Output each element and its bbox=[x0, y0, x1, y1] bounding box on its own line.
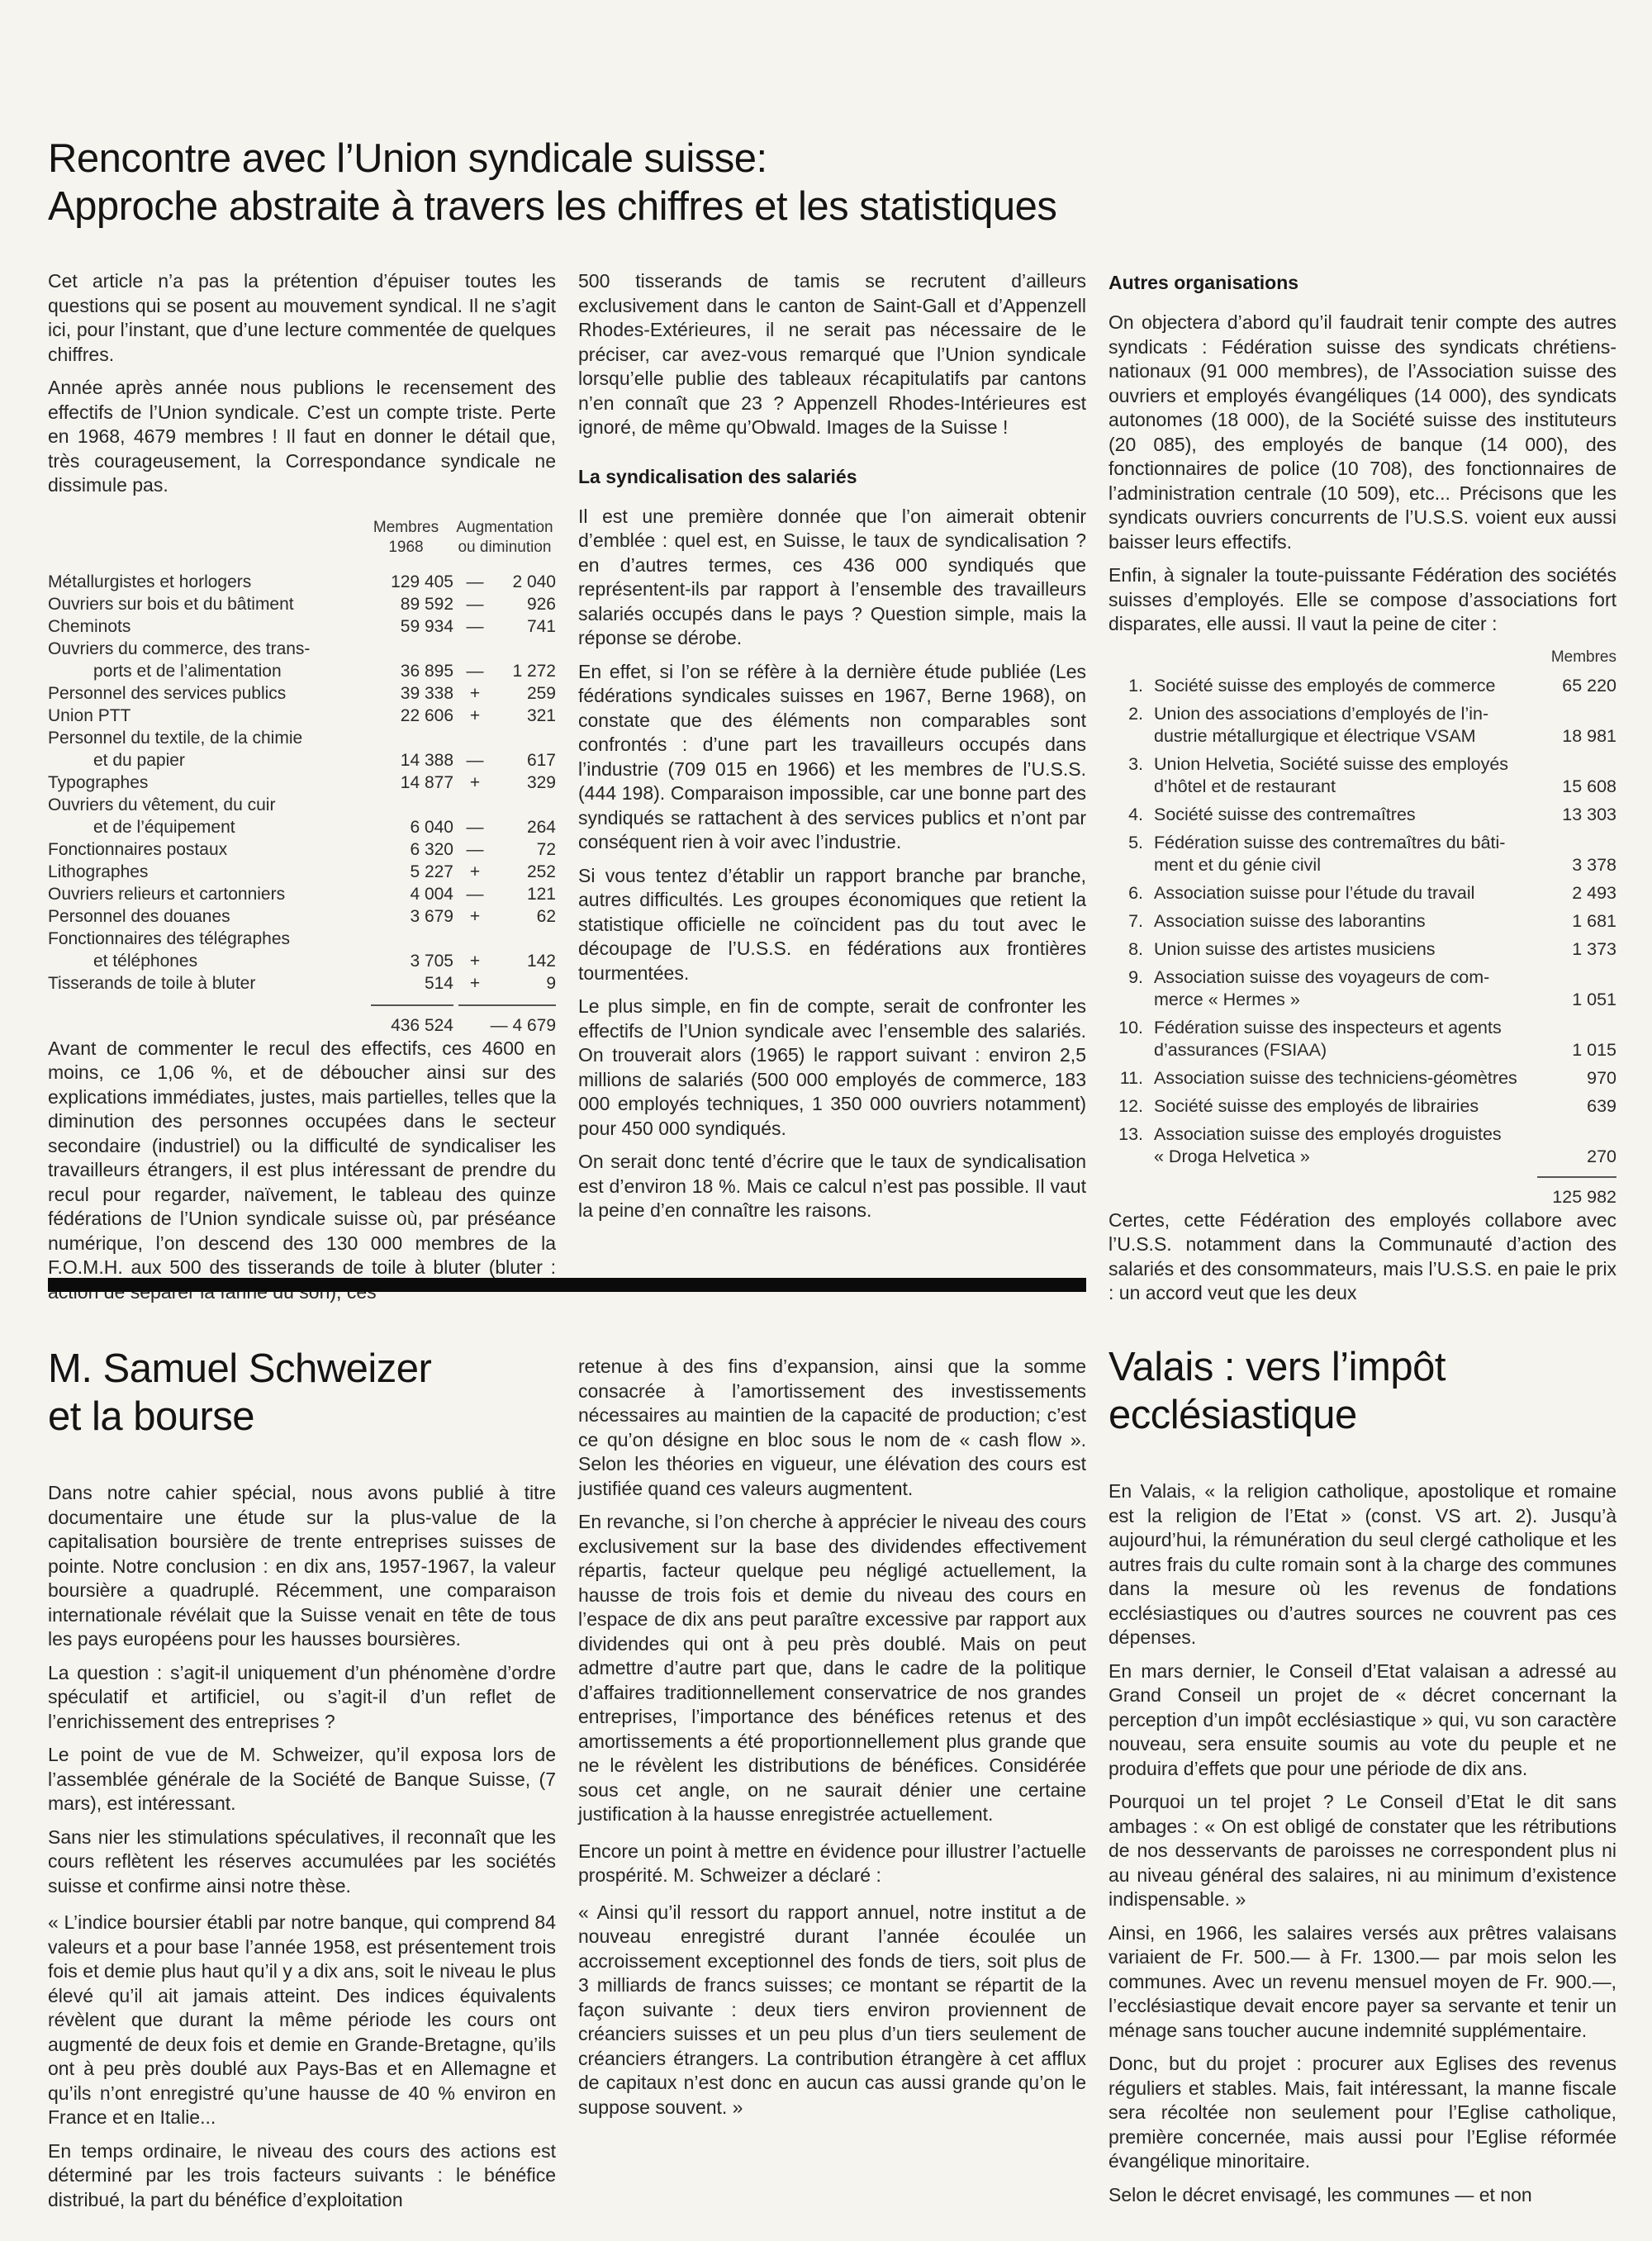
paragraph: Dans notre cahier spécial, nous avons pu… bbox=[48, 1481, 556, 1652]
paragraph: On serait donc tenté d’écrire que le tau… bbox=[578, 1150, 1086, 1223]
article1-column-1: Cet article n’a pas la prétention d’épui… bbox=[48, 269, 556, 1315]
table-row: Ouvriers du vêtement, du cuiret de l’équ… bbox=[48, 794, 556, 838]
valais-title-line-1: Valais : vers l’impôt bbox=[1108, 1343, 1616, 1391]
article1-column-3: Autres organisations On objectera d’abor… bbox=[1108, 269, 1616, 1315]
paragraph: « Ainsi qu’il ressort du rapport annuel,… bbox=[578, 1901, 1086, 2120]
table-row: Ouvriers sur bois et du bâtiment 89 592 … bbox=[48, 593, 556, 615]
paragraph: Ainsi, en 1966, les salaires versés aux … bbox=[1108, 1921, 1616, 2044]
list-item: 3. Union Helvetia, Société suisse des em… bbox=[1108, 753, 1616, 798]
valais-title: Valais : vers l’impôt ecclésiastique bbox=[1108, 1343, 1616, 1439]
total-change: — 4 679 bbox=[458, 1004, 556, 1037]
list-item: 9. Association suisse des voyageurs de c… bbox=[1108, 966, 1616, 1011]
paragraph: En Valais, « la religion catholique, apo… bbox=[1108, 1479, 1616, 1650]
paragraph: Il est une première donnée que l’on aime… bbox=[578, 505, 1086, 651]
table-header-members: Membres 1968 bbox=[358, 518, 453, 558]
paragraph: Le plus simple, en fin de compte, serait… bbox=[578, 995, 1086, 1141]
table-row: Union PTT 22 606 + 321 bbox=[48, 705, 556, 727]
paragraph: 500 tisserands de tamis se recrutent d’a… bbox=[578, 269, 1086, 440]
paragraph: En temps ordinaire, le niveau des cours … bbox=[48, 2139, 556, 2213]
paragraph: La question : s’agit-il uniquement d’un … bbox=[48, 1661, 556, 1735]
newspaper-page: Rencontre avec l’Union syndicale suisse:… bbox=[0, 0, 1652, 2241]
paragraph: « L’indice boursier établi par notre ban… bbox=[48, 1911, 556, 2130]
paragraph: Sans nier les stimulations spéculatives,… bbox=[48, 1826, 556, 1899]
article-title: Rencontre avec l’Union syndicale suisse:… bbox=[48, 135, 1616, 230]
paragraph: Avant de commenter le recul des effectif… bbox=[48, 1037, 556, 1305]
paragraph: Si vous tentez d’établir un rapport bran… bbox=[578, 864, 1086, 986]
paragraph: Encore un point à mettre en évidence pou… bbox=[578, 1840, 1086, 1888]
bottom-section: M. Samuel Schweizer et la bourse Dans no… bbox=[48, 1278, 1616, 2221]
table-row: Ouvriers du commerce, des trans-ports et… bbox=[48, 638, 556, 682]
table-row: Cheminots 59 934 — 741 bbox=[48, 615, 556, 638]
article-union-syndicale: Rencontre avec l’Union syndicale suisse:… bbox=[48, 135, 1616, 1315]
table-row: Métallurgistes et horlogers 129 405 — 2 … bbox=[48, 571, 556, 593]
list-header-members: Membres bbox=[1108, 648, 1616, 667]
list-item: 1. Société suisse des employés de commer… bbox=[1108, 675, 1616, 697]
list-item: 7. Association suisse des laborantins 1 … bbox=[1108, 910, 1616, 933]
paragraph: En mars dernier, le Conseil d’Etat valai… bbox=[1108, 1659, 1616, 1782]
table-row: Fonctionnaires postaux 6 320 — 72 bbox=[48, 838, 556, 861]
article1-column-2: 500 tisserands de tamis se recrutent d’a… bbox=[578, 269, 1086, 1315]
list-item: 13. Association suisse des employés drog… bbox=[1108, 1123, 1616, 1168]
subheading-syndicalisation: La syndicalisation des salariés bbox=[578, 465, 1086, 489]
article-title-line-2: Approche abstraite à travers les chiffre… bbox=[48, 183, 1616, 230]
paragraph: Année après année nous publions le recen… bbox=[48, 376, 556, 498]
table-row: Fonctionnaires des télégrapheset télépho… bbox=[48, 928, 556, 972]
paragraph: Donc, but du projet : procurer aux Eglis… bbox=[1108, 2052, 1616, 2174]
list-item: 12. Société suisse des employés de libra… bbox=[1108, 1095, 1616, 1118]
list-item: 11. Association suisse des techniciens-g… bbox=[1108, 1067, 1616, 1090]
employee-societies-list: 1. Société suisse des employés de commer… bbox=[1108, 675, 1616, 1208]
table-row: Personnel des services publics 39 338 + … bbox=[48, 682, 556, 705]
paragraph: Cet article n’a pas la prétention d’épui… bbox=[48, 269, 556, 367]
paragraph: Pourquoi un tel projet ? Le Conseil d’Et… bbox=[1108, 1790, 1616, 1912]
table-total-row: 436 524 — 4 679 bbox=[48, 1004, 556, 1037]
paragraph: Enfin, à signaler la toute-puissante Féd… bbox=[1108, 563, 1616, 637]
subheading-autres-organisations: Autres organisations bbox=[1108, 271, 1616, 295]
paragraph: On objectera d’abord qu’il faudrait teni… bbox=[1108, 311, 1616, 554]
valais-title-line-2: ecclésiastique bbox=[1108, 1391, 1616, 1439]
list-item: 4. Société suisse des contremaîtres 13 3… bbox=[1108, 804, 1616, 826]
schweizer-title-line-2: et la bourse bbox=[48, 1393, 556, 1441]
article-schweizer-continued: retenue à des fins d’expansion, ainsi qu… bbox=[578, 1292, 1086, 2221]
table-row: Ouvriers relieurs et cartonniers 4 004 —… bbox=[48, 883, 556, 905]
article-valais: Valais : vers l’impôt ecclésiastique En … bbox=[1108, 1292, 1616, 2221]
paragraph: Selon le décret envisagé, les communes —… bbox=[1108, 2183, 1616, 2208]
article-schweizer: M. Samuel Schweizer et la bourse Dans no… bbox=[48, 1292, 556, 2221]
paragraph: En effet, si l’on se réfère à la dernièr… bbox=[578, 660, 1086, 855]
list-item: 2. Union des associations d’employés de … bbox=[1108, 703, 1616, 748]
federations-table-header: Membres 1968 Augmentation ou diminution bbox=[48, 518, 556, 558]
table-row: Personnel du textile, de la chimieet du … bbox=[48, 727, 556, 772]
section-divider-bar bbox=[48, 1278, 1086, 1292]
paragraph: retenue à des fins d’expansion, ainsi qu… bbox=[578, 1355, 1086, 1501]
list-item: 8. Union suisse des artistes musiciens 1… bbox=[1108, 938, 1616, 961]
table-row: Personnel des douanes 3 679 + 62 bbox=[48, 905, 556, 928]
paragraph: En revanche, si l’on cherche à apprécier… bbox=[578, 1510, 1086, 1827]
list-item: 5. Fédération suisse des contremaîtres d… bbox=[1108, 832, 1616, 876]
list-item: 6. Association suisse pour l’étude du tr… bbox=[1108, 882, 1616, 904]
federations-table: Membres 1968 Augmentation ou diminution … bbox=[48, 518, 556, 1037]
table-row: Lithographes 5 227 + 252 bbox=[48, 861, 556, 883]
list-total: 125 982 bbox=[1108, 1176, 1616, 1208]
schweizer-title: M. Samuel Schweizer et la bourse bbox=[48, 1345, 556, 1441]
paragraph: Le point de vue de M. Schweizer, qu’il e… bbox=[48, 1743, 556, 1816]
table-row: Typographes 14 877 + 329 bbox=[48, 772, 556, 794]
table-row: Tisserands de toile à bluter 514 + 9 bbox=[48, 972, 556, 995]
article-title-line-1: Rencontre avec l’Union syndicale suisse: bbox=[48, 135, 1616, 183]
schweizer-title-line-1: M. Samuel Schweizer bbox=[48, 1345, 556, 1393]
total-members: 436 524 bbox=[371, 1004, 453, 1037]
list-item: 10. Fédération suisse des inspecteurs et… bbox=[1108, 1017, 1616, 1061]
table-header-change: Augmentation ou diminution bbox=[453, 518, 556, 558]
